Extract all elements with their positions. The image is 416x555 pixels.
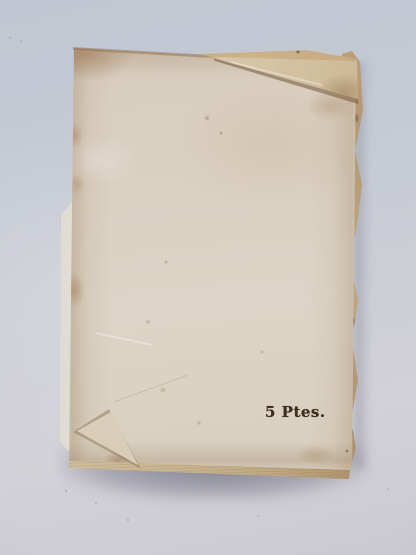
price-label: 5 Ptes. [265,403,326,421]
book-photo: 5 Ptes. [0,0,416,555]
